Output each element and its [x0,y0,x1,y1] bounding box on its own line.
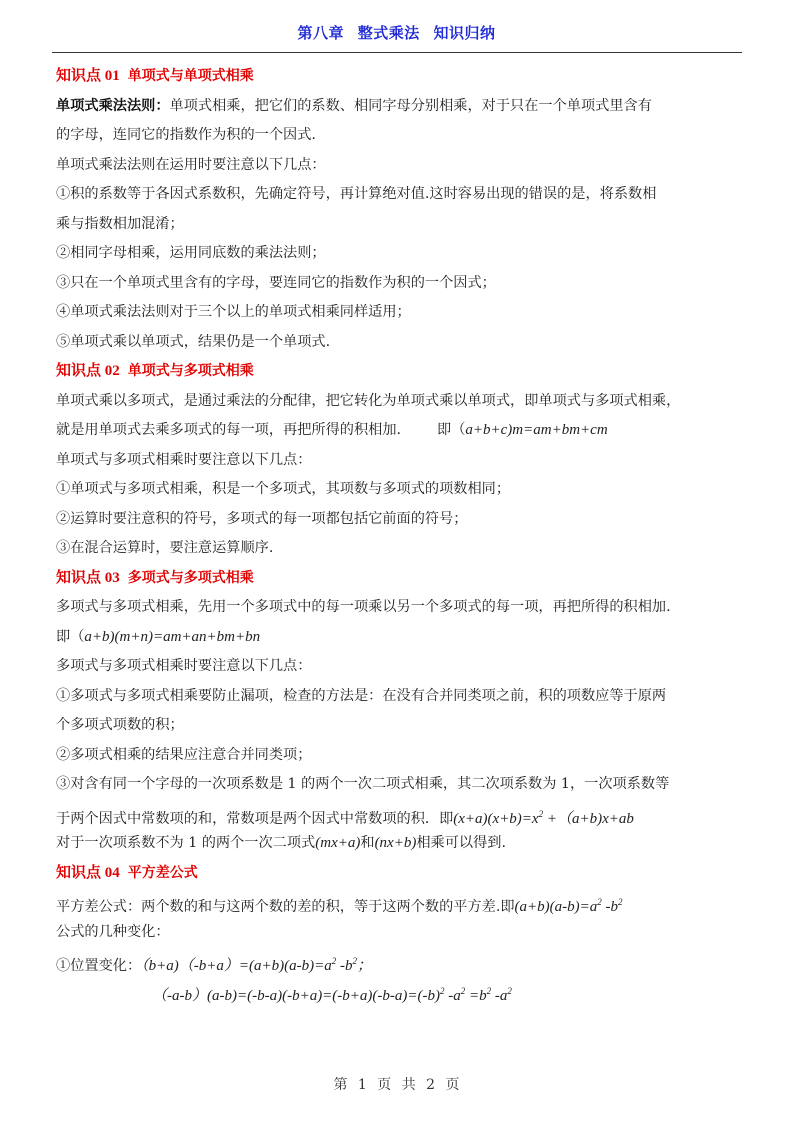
section-heading-03: 知识点 03多项式与多项式相乘 [56,564,746,594]
formula: a+b)(m+n)=am+an+bm+bn [84,629,260,645]
formula: (x+a)(x+b)=x2 +（a+b)x+ab [453,811,634,827]
formula: (a+b)(a-b)=a2 -b2 [515,899,623,915]
title-divider [52,52,742,53]
list-item-continued: （-a-b）(a-b)=(-b-a)(-b+a)=(-b+a)(-b-a)=(-… [56,977,746,1007]
paragraph: 多项式与多项式相乘，先用一个多项式中的每一项乘以另一个多项式的每一项，再把所得的… [56,593,746,623]
chapter-subtitle: 知识归纳 [433,24,495,42]
chapter-topic: 整式乘法 [358,24,420,42]
list-item: ①位置变化：（b+a)（-b+a）=(a+b)(a-b)=a2 -b2； [56,947,746,977]
list-item: ③只在一个单项式里含有的字母，要连同它的指数作为积的一个因式； [56,269,746,299]
document-body: 知识点 01单项式与单项式相乘 单项式乘法法则：单项式相乘，把它们的系数、相同字… [56,62,746,1006]
rule-label: 单项式乘法法则： [56,98,170,114]
paragraph: 单项式乘以多项式，是通过乘法的分配律，把它转化为单项式乘以单项式，即单项式与多项… [56,387,746,417]
paragraph: 公式的几种变化： [56,918,746,948]
formula: （b+a)（-b+a）=(a+b)(a-b)=a2 -b2； [141,958,372,974]
paragraph: 单项式与多项式相乘时要注意以下几点： [56,446,746,476]
paragraph: 单项式乘法法则：单项式相乘，把它们的系数、相同字母分别相乘，对于只在一个单项式里… [56,92,746,122]
list-item: ②多项式相乘的结果应注意合并同类项； [56,741,746,771]
paragraph: 的字母，连同它的指数作为积的一个因式. [56,121,746,151]
list-item-continued: 乘与指数相加混淆； [56,210,746,240]
paragraph: 多项式与多项式相乘时要注意以下几点： [56,652,746,682]
list-item: ①多项式与多项式相乘要防止漏项，检查的方法是：在没有合并同类项之前，积的项数应等… [56,682,746,712]
list-item: ②相同字母相乘，运用同底数的乘法法则； [56,239,746,269]
list-item: ①单项式与多项式相乘，积是一个多项式，其项数与多项式的项数相同； [56,475,746,505]
list-item: ⑤单项式乘以单项式，结果仍是一个单项式. [56,328,746,358]
section-heading-01: 知识点 01单项式与单项式相乘 [56,62,746,92]
page-title: 第八章 整式乘法 知识归纳 [0,22,793,43]
formula: （-a-b）(a-b)=(-b-a)(-b+a)=(-b+a)(-b-a)=(-… [152,988,512,1004]
paragraph: 即（a+b)(m+n)=am+an+bm+bn [56,623,746,653]
list-item-continued: 于两个因式中常数项的和，常数项是两个因式中常数项的积．即(x+a)(x+b)=x… [56,800,746,830]
section-heading-02: 知识点 02单项式与多项式相乘 [56,357,746,387]
section-heading-04: 知识点 04平方差公式 [56,859,746,889]
paragraph: 对于一次项系数不为 1 的两个一次二项式(mx+a)和(nx+b)相乘可以得到. [56,829,746,859]
formula: a+b+c)m=am+bm+cm [465,422,607,438]
paragraph: 平方差公式：两个数的和与这两个数的差的积，等于这两个数的平方差.即(a+b)(a… [56,888,746,918]
paragraph: 就是用单项式去乘多项式的每一项，再把所得的积相加.即（a+b+c)m=am+bm… [56,416,746,446]
page-number: 第 1 页 共 2 页 [0,1074,793,1094]
list-item-continued: 个多项式项数的积； [56,711,746,741]
list-item: ②运算时要注意积的符号，多项式的每一项都包括它前面的符号； [56,505,746,535]
list-item: ③对含有同一个字母的一次项系数是 1 的两个一次二项式相乘，其二次项系数为 1，… [56,770,746,800]
list-item: ③在混合运算时，要注意运算顺序. [56,534,746,564]
chapter-label: 第八章 [297,24,344,42]
list-item: ①积的系数等于各因式系数积，先确定符号，再计算绝对值.这时容易出现的错误的是，将… [56,180,746,210]
list-item: ④单项式乘法法则对于三个以上的单项式相乘同样适用； [56,298,746,328]
paragraph: 单项式乘法法则在运用时要注意以下几点： [56,151,746,181]
